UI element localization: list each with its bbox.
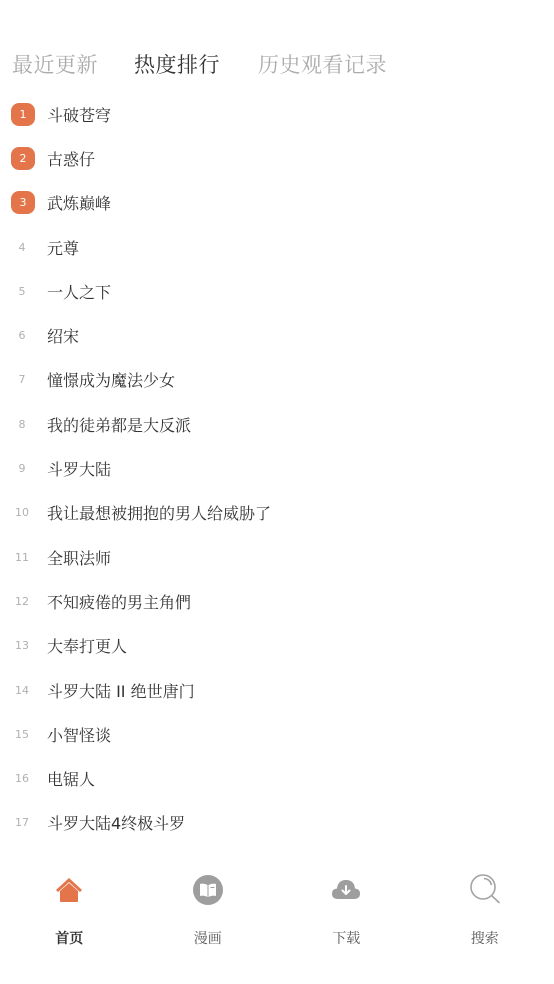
nav-comics-label: 漫画 <box>194 928 222 948</box>
nav-search[interactable]: 搜索 <box>416 862 554 952</box>
ranking-title: 憧憬成为魔法少女 <box>47 368 175 391</box>
tab-recent-updates[interactable]: 最近更新 <box>12 48 98 82</box>
nav-comics[interactable]: 漫画 <box>139 862 278 952</box>
rank-number: 17 <box>15 816 29 829</box>
ranking-title: 斗罗大陆4终极斗罗 <box>47 811 185 834</box>
ranking-item[interactable]: 10 我让最想被拥抱的男人给威胁了 <box>0 491 554 535</box>
ranking-title: 斗罗大陆 <box>47 457 111 480</box>
tab-bar: 最近更新 热度排行 历史观看记录 <box>0 48 554 82</box>
rank-number: 8 <box>19 418 26 431</box>
ranking-list: 1 斗破苍穹 2 古惑仔 3 武炼巅峰 4 元尊 5 一人之下 6 绍宋 7 憧… <box>0 92 554 845</box>
nav-download[interactable]: 下载 <box>277 862 416 952</box>
ranking-item[interactable]: 17 斗罗大陆4终极斗罗 <box>0 801 554 845</box>
search-icon <box>469 874 501 906</box>
tab-watch-history[interactable]: 历史观看记录 <box>258 48 387 82</box>
rank-number: 6 <box>19 329 26 342</box>
rank-number: 7 <box>19 373 26 386</box>
rank-badge: 2 <box>11 147 35 170</box>
rank-number: 13 <box>15 639 29 652</box>
tab-popularity-ranking[interactable]: 热度排行 <box>134 48 220 82</box>
ranking-title: 电锯人 <box>47 767 95 790</box>
ranking-item[interactable]: 8 我的徒弟都是大反派 <box>0 402 554 446</box>
ranking-title: 一人之下 <box>47 280 111 303</box>
ranking-item[interactable]: 12 不知疲倦的男主角們 <box>0 579 554 623</box>
ranking-item[interactable]: 11 全职法师 <box>0 535 554 579</box>
ranking-item[interactable]: 4 元尊 <box>0 225 554 269</box>
ranking-title: 斗罗大陆 II 绝世唐门 <box>47 679 195 702</box>
rank-number: 9 <box>19 462 26 475</box>
rank-number: 4 <box>19 241 26 254</box>
ranking-item[interactable]: 7 憧憬成为魔法少女 <box>0 358 554 402</box>
rank-number: 10 <box>15 506 29 519</box>
ranking-item[interactable]: 5 一人之下 <box>0 269 554 313</box>
bottom-navigation: 首页 漫画 下载 搜索 <box>0 862 554 952</box>
ranking-title: 全职法师 <box>47 546 111 569</box>
ranking-item[interactable]: 16 电锯人 <box>0 756 554 800</box>
rank-number: 14 <box>15 684 29 697</box>
ranking-title: 元尊 <box>47 236 79 259</box>
cloud-download-icon <box>330 874 362 906</box>
ranking-title: 古惑仔 <box>47 147 95 170</box>
ranking-item[interactable]: 6 绍宋 <box>0 313 554 357</box>
ranking-title: 斗破苍穹 <box>47 103 111 126</box>
ranking-title: 武炼巅峰 <box>47 191 111 214</box>
ranking-item[interactable]: 2 古惑仔 <box>0 136 554 180</box>
ranking-title: 我的徒弟都是大反派 <box>47 413 191 436</box>
rank-number: 12 <box>15 595 29 608</box>
home-icon <box>53 874 85 906</box>
rank-number: 15 <box>15 728 29 741</box>
ranking-title: 我让最想被拥抱的男人给威胁了 <box>47 501 271 524</box>
rank-badge: 3 <box>11 191 35 214</box>
ranking-title: 大奉打更人 <box>47 634 127 657</box>
rank-badge: 1 <box>11 103 35 126</box>
ranking-title: 小智怪谈 <box>47 723 111 746</box>
book-icon <box>192 874 224 906</box>
nav-home[interactable]: 首页 <box>0 862 139 952</box>
nav-search-label: 搜索 <box>471 928 499 948</box>
ranking-item[interactable]: 1 斗破苍穹 <box>0 92 554 136</box>
ranking-item[interactable]: 14 斗罗大陆 II 绝世唐门 <box>0 668 554 712</box>
ranking-item[interactable]: 15 小智怪谈 <box>0 712 554 756</box>
rank-number: 11 <box>15 551 29 564</box>
ranking-item[interactable]: 3 武炼巅峰 <box>0 181 554 225</box>
ranking-item[interactable]: 13 大奉打更人 <box>0 624 554 668</box>
rank-number: 5 <box>19 285 26 298</box>
nav-download-label: 下载 <box>332 928 360 948</box>
ranking-item[interactable]: 9 斗罗大陆 <box>0 446 554 490</box>
rank-number: 16 <box>15 772 29 785</box>
ranking-title: 绍宋 <box>47 324 79 347</box>
ranking-title: 不知疲倦的男主角們 <box>47 590 191 613</box>
nav-home-label: 首页 <box>55 928 83 948</box>
